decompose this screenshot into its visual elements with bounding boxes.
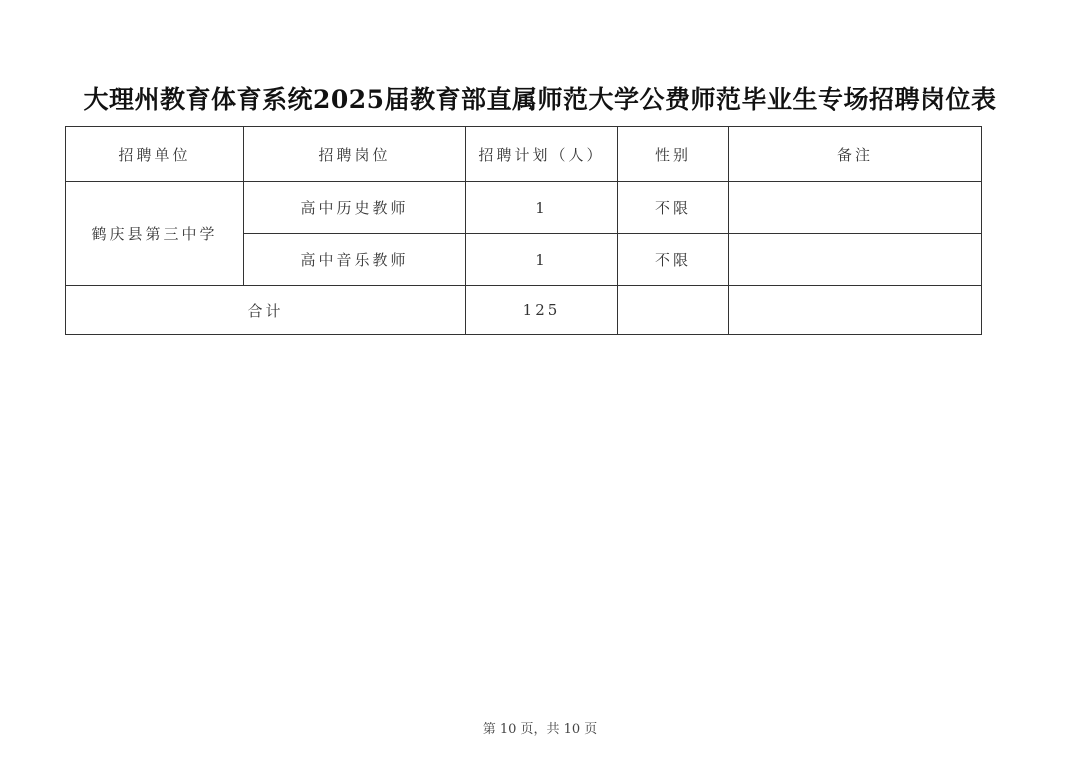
cell-position: 高中音乐教师 [244, 234, 466, 286]
header-remarks: 备注 [729, 127, 982, 182]
total-label: 合计 [66, 286, 466, 335]
cell-remarks [729, 234, 982, 286]
cell-unit: 鹤庆县第三中学 [66, 182, 244, 286]
header-gender: 性别 [618, 127, 729, 182]
header-unit: 招聘单位 [66, 127, 244, 182]
recruitment-table: 招聘单位 招聘岗位 招聘计划（人） 性别 备注 鹤庆县第三中学 高中历史教师 1… [65, 126, 982, 335]
header-position: 招聘岗位 [244, 127, 466, 182]
header-count: 招聘计划（人） [466, 127, 618, 182]
table-header-row: 招聘单位 招聘岗位 招聘计划（人） 性别 备注 [66, 127, 982, 182]
cell-count: 1 [466, 234, 618, 286]
cell-count: 1 [466, 182, 618, 234]
cell-gender: 不限 [618, 182, 729, 234]
table-row: 鹤庆县第三中学 高中历史教师 1 不限 [66, 182, 982, 234]
total-row: 合计 125 [66, 286, 982, 335]
cell-gender: 不限 [618, 234, 729, 286]
document-title: 大理州教育体育系统2025届教育部直属师范大学公费师范毕业生专场招聘岗位表 [0, 80, 1080, 116]
total-remarks [729, 286, 982, 335]
total-count: 125 [466, 286, 618, 335]
cell-remarks [729, 182, 982, 234]
page-number: 第 10 页，共 10 页 [0, 718, 1080, 737]
cell-position: 高中历史教师 [244, 182, 466, 234]
total-gender [618, 286, 729, 335]
